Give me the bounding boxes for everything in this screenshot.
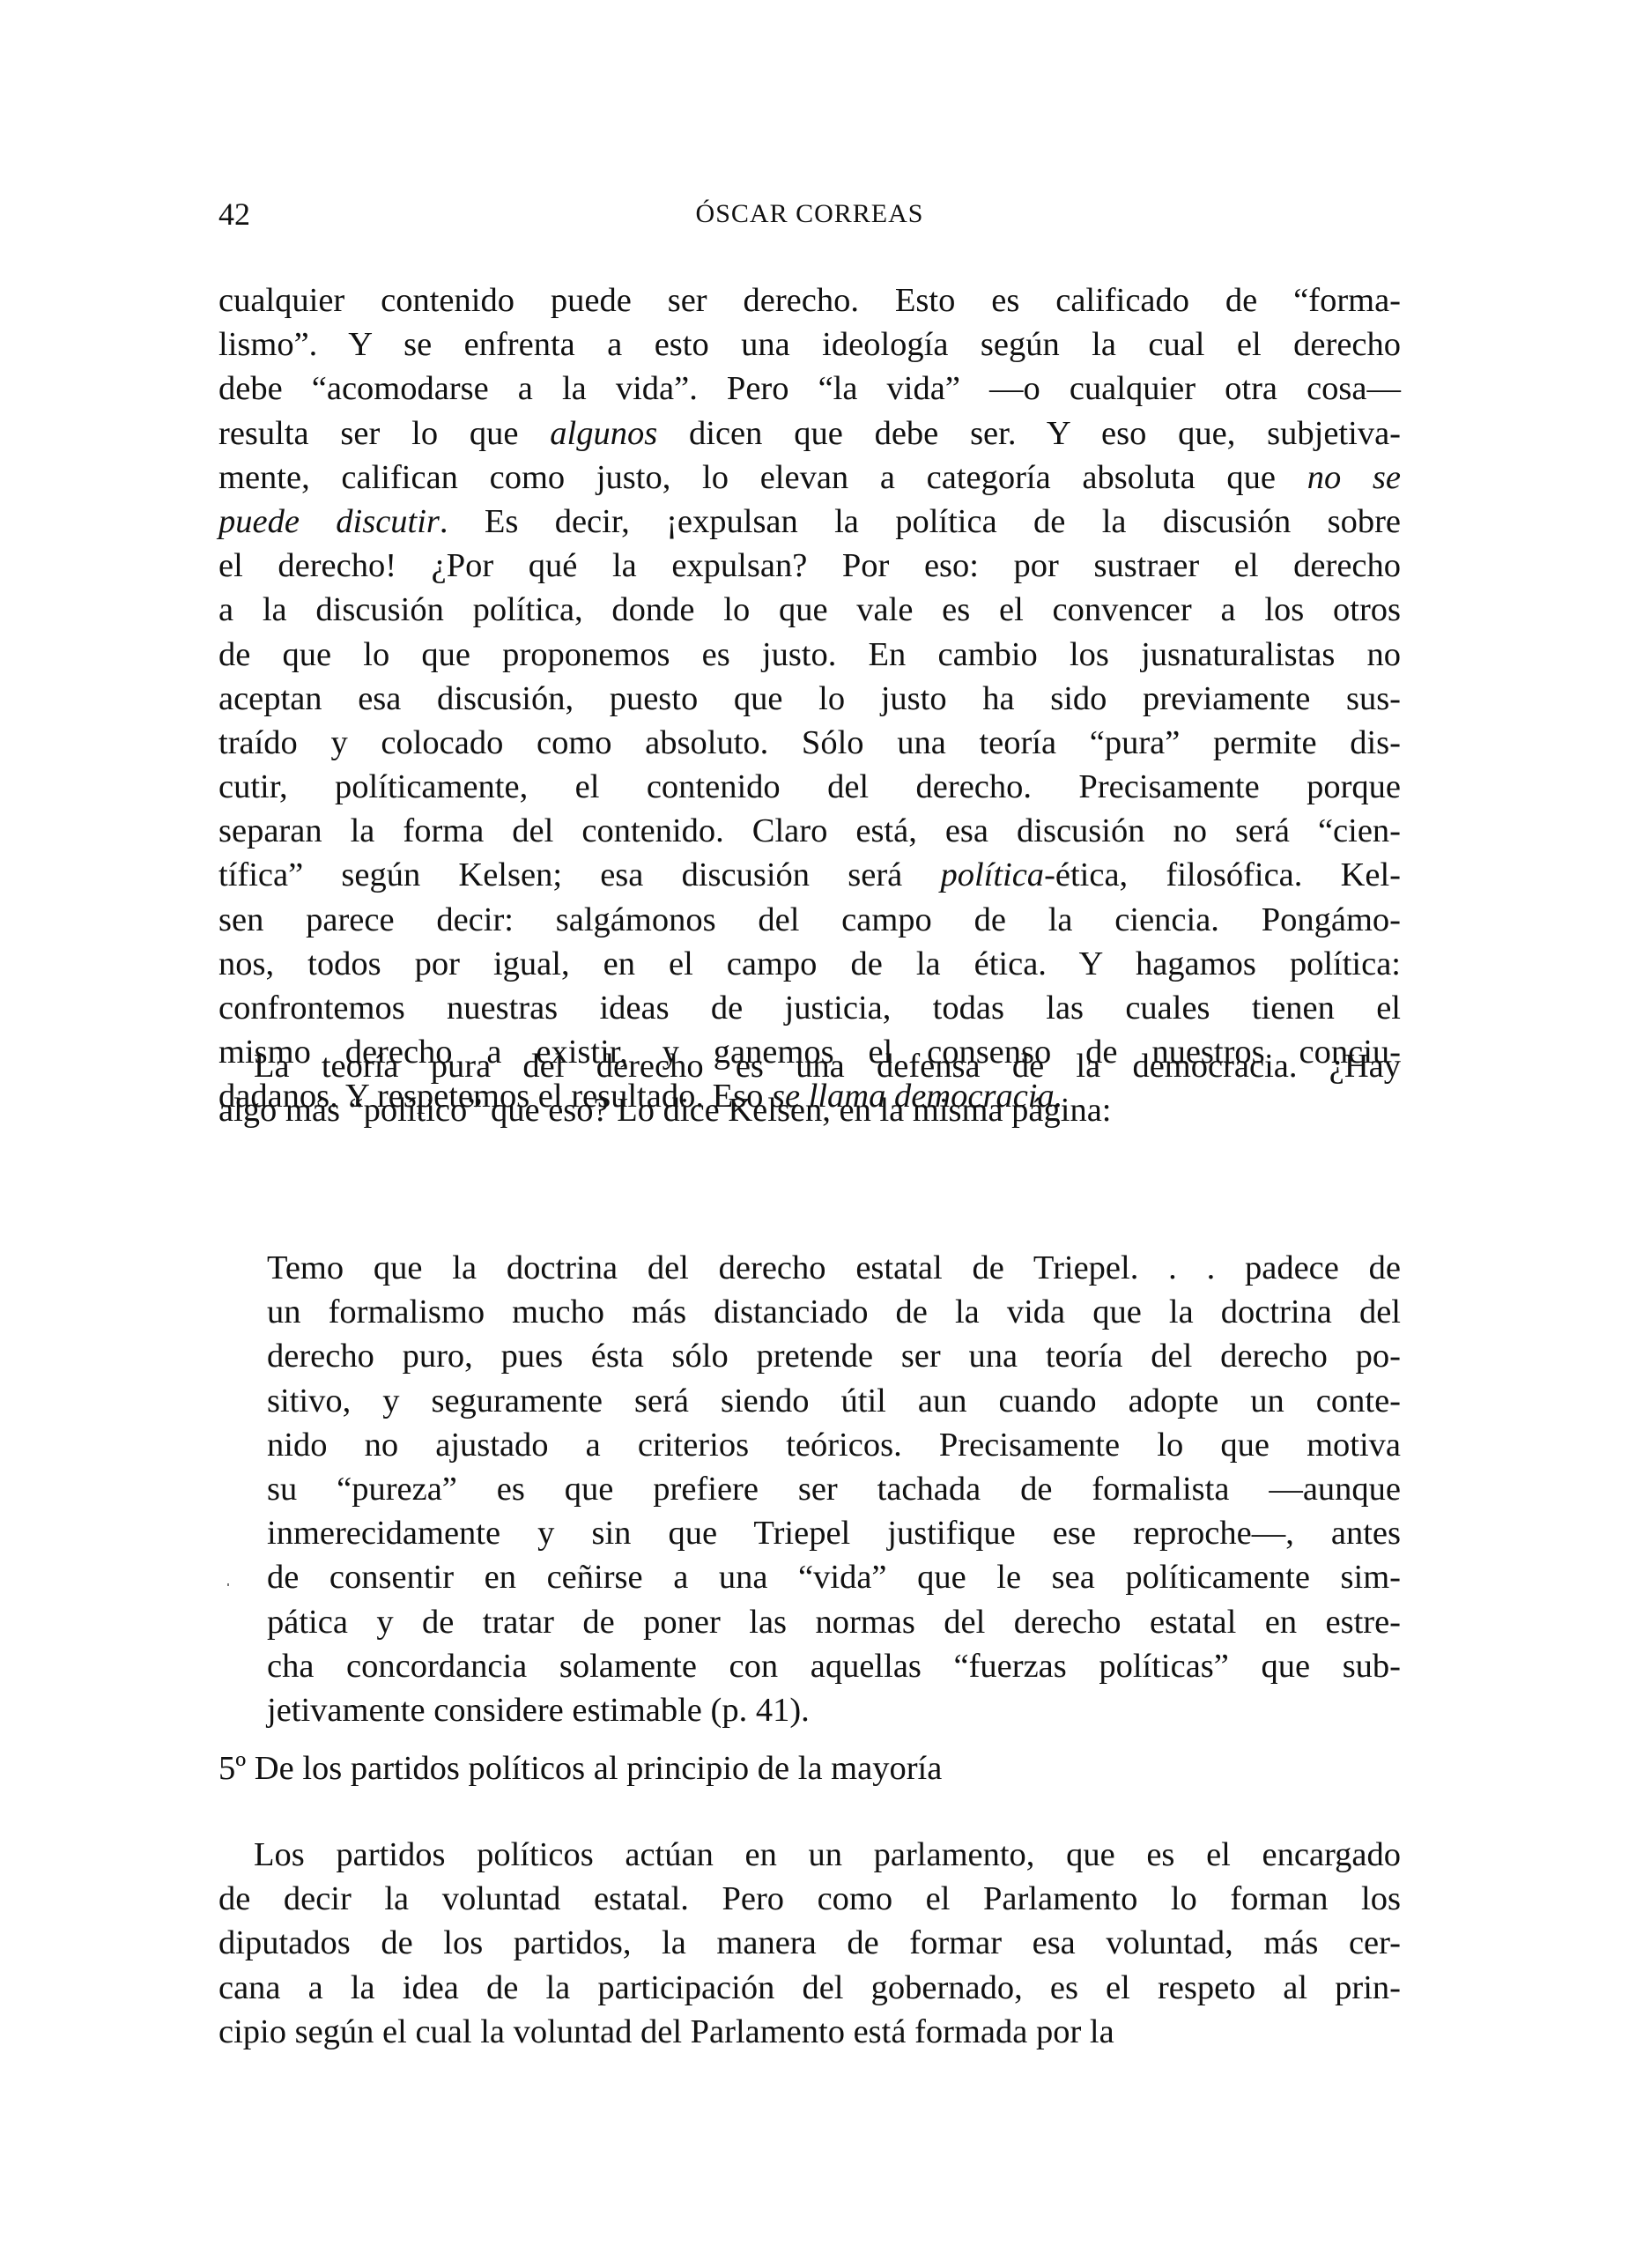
text-line: Los partidos políticos actúan en un parl…: [218, 1833, 1401, 1877]
running-title: ÓSCAR CORREAS: [218, 199, 1401, 229]
text-line: el derecho! ¿Por qué la expulsan? Por es…: [218, 544, 1401, 588]
text-line: diputados de los partidos, la manera de …: [218, 1921, 1401, 1965]
text-line: algo más “político” que eso? Lo dice Kel…: [218, 1088, 1401, 1132]
paragraph-2: La teoría pura del derecho es una defens…: [218, 1044, 1401, 1132]
page-header: 42 ÓSCAR CORREAS: [218, 196, 1401, 240]
text-line: Temo que la doctrina del derecho estatal…: [267, 1246, 1401, 1290]
text-line: resulta ser lo que algunos dicen que deb…: [218, 411, 1401, 456]
scan-speck: [227, 1583, 229, 1586]
text-line: cipio según el cual la voluntad del Parl…: [218, 2010, 1401, 2054]
text-line: nido no ajustado a criterios teóricos. P…: [267, 1423, 1401, 1467]
paragraph-3: Los partidos políticos actúan en un parl…: [218, 1833, 1401, 2054]
text-line: un formalismo mucho más distanciado de l…: [267, 1290, 1401, 1334]
text-line: aceptan esa discusión, puesto que lo jus…: [218, 677, 1401, 721]
text-line: puede discutir. Es decir, ¡expulsan la p…: [218, 500, 1401, 544]
text-line: pática y de tratar de poner las normas d…: [267, 1600, 1401, 1644]
text-line: traído y colocado como absoluto. Sólo un…: [218, 721, 1401, 765]
text-line: de decir la voluntad estatal. Pero como …: [218, 1877, 1401, 1921]
text-line: tífica” según Kelsen; esa discusión será…: [218, 853, 1401, 897]
text-line: cana a la idea de la participación del g…: [218, 1966, 1401, 2010]
text-line: sen parece decir: salgámonos del campo d…: [218, 898, 1401, 942]
text-line: separan la forma del contenido. Claro es…: [218, 809, 1401, 853]
text-line: de consentir en ceñirse a una “vida” que…: [267, 1555, 1401, 1599]
text-line: confrontemos nuestras ideas de justicia,…: [218, 986, 1401, 1030]
text-line: a la discusión política, donde lo que va…: [218, 588, 1401, 632]
text-line: debe “acomodarse a la vida”. Pero “la vi…: [218, 367, 1401, 411]
text-line: jetivamente considere estimable (p. 41).: [267, 1688, 1401, 1732]
text-line: de que lo que proponemos es justo. En ca…: [218, 633, 1401, 677]
paragraph-1: cualquier contenido puede ser derecho. E…: [218, 278, 1401, 1119]
text-line: La teoría pura del derecho es una defens…: [218, 1044, 1401, 1088]
text-line: mente, califican como justo, lo elevan a…: [218, 456, 1401, 500]
text-line: sitivo, y seguramente será siendo útil a…: [267, 1379, 1401, 1423]
text-line: cualquier contenido puede ser derecho. E…: [218, 278, 1401, 322]
text-line: lismo”. Y se enfrenta a esto una ideolog…: [218, 322, 1401, 367]
text-line: cha concordancia solamente con aquellas …: [267, 1644, 1401, 1688]
text-line: inmerecidamente y sin que Triepel justif…: [267, 1511, 1401, 1555]
text-line: derecho puro, pues ésta sólo pretende se…: [267, 1334, 1401, 1378]
text-line: cutir, políticamente, el contenido del d…: [218, 765, 1401, 809]
section-heading: 5º De los partidos políticos al principi…: [218, 1746, 942, 1790]
text-line: su “pureza” es que prefiere ser tachada …: [267, 1467, 1401, 1511]
block-quote: Temo que la doctrina del derecho estatal…: [267, 1246, 1401, 1732]
text-line: nos, todos por igual, en el campo de la …: [218, 942, 1401, 986]
